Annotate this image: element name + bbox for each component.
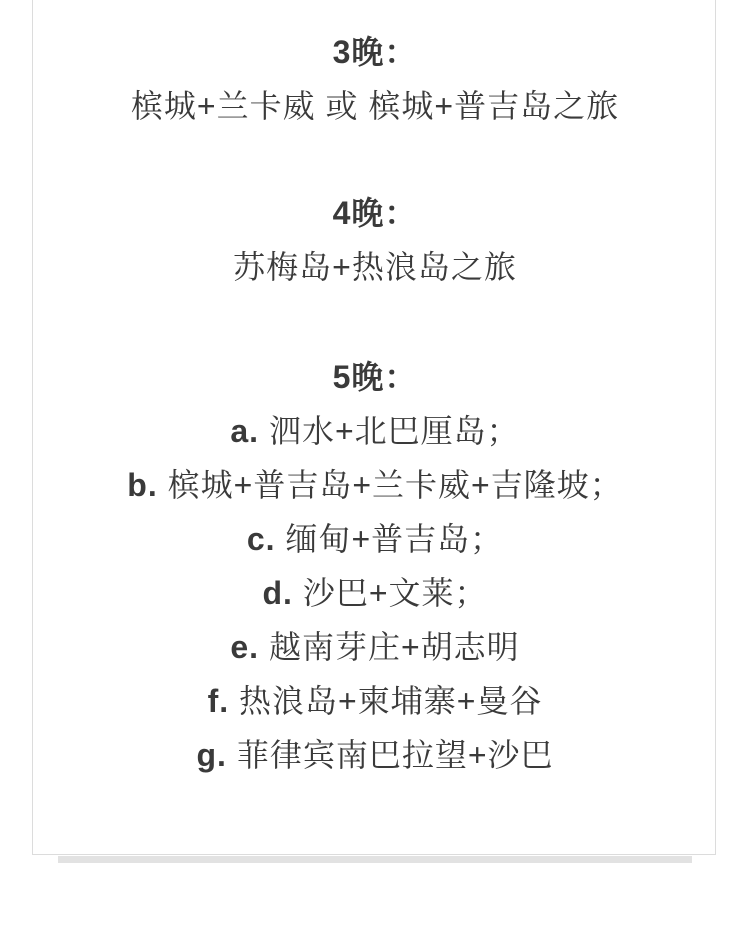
itinerary-option-c: c. 缅甸+普吉岛； xyxy=(0,512,750,566)
itinerary-option-b: b. 槟城+普吉岛+兰卡威+吉隆坡； xyxy=(0,458,750,512)
option-text: 泗水+北巴厘岛； xyxy=(259,413,520,449)
itinerary-option-d: d. 沙巴+文莱； xyxy=(0,566,750,620)
option-label: a. xyxy=(230,413,259,449)
option-label: b. xyxy=(127,467,157,503)
itinerary-text: 槟城+兰卡威 或 槟城+普吉岛之旅 xyxy=(131,88,619,124)
section-3-nights: 3晚： 槟城+兰卡威 或 槟城+普吉岛之旅 xyxy=(0,25,750,133)
section-4-nights: 4晚： 苏梅岛+热浪岛之旅 xyxy=(0,186,750,294)
card-shadow xyxy=(58,856,692,863)
option-label: f. xyxy=(208,683,230,719)
option-text: 沙巴+文莱； xyxy=(293,575,488,611)
itinerary-text: 苏梅岛+热浪岛之旅 xyxy=(233,249,517,285)
itinerary-option-f: f. 热浪岛+柬埔寨+曼谷 xyxy=(0,674,750,728)
option-text: 菲律宾南巴拉望+沙巴 xyxy=(227,737,554,773)
option-text: 热浪岛+柬埔寨+曼谷 xyxy=(229,683,542,719)
section-heading: 4晚： xyxy=(0,186,750,240)
itinerary-option-a: a. 泗水+北巴厘岛； xyxy=(0,404,750,458)
itinerary-option-g: g. 菲律宾南巴拉望+沙巴 xyxy=(0,728,750,782)
option-label: e. xyxy=(230,629,259,665)
option-text: 槟城+普吉岛+兰卡威+吉隆坡； xyxy=(158,467,623,503)
option-label: d. xyxy=(262,575,292,611)
option-text: 越南芽庄+胡志明 xyxy=(259,629,520,665)
option-text: 缅甸+普吉岛； xyxy=(276,521,504,557)
section-heading: 3晚： xyxy=(0,25,750,79)
itinerary-line: 槟城+兰卡威 或 槟城+普吉岛之旅 xyxy=(0,79,750,133)
itinerary-option-e: e. 越南芽庄+胡志明 xyxy=(0,620,750,674)
option-label: c. xyxy=(247,521,276,557)
section-heading: 5晚： xyxy=(0,350,750,404)
option-label: g. xyxy=(196,737,226,773)
section-5-nights: 5晚： a. 泗水+北巴厘岛； b. 槟城+普吉岛+兰卡威+吉隆坡； c. 缅甸… xyxy=(0,350,750,782)
itinerary-line: 苏梅岛+热浪岛之旅 xyxy=(0,240,750,294)
